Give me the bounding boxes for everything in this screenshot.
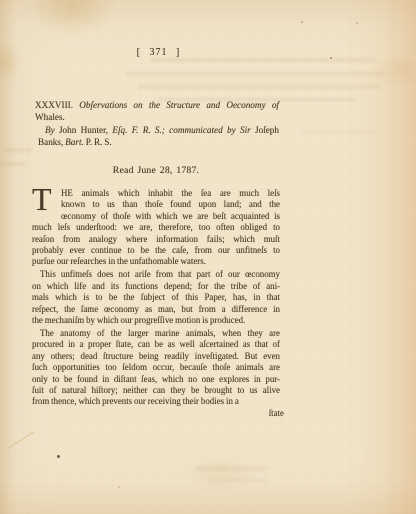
paragraph: This unfitneſs does not ariſe from that … xyxy=(32,269,280,326)
heading-segment: Whales. xyxy=(35,112,65,122)
heading-segment: communicated by Sir xyxy=(169,125,255,135)
foxing-spot xyxy=(57,455,60,458)
heading-segment: Obſervations on the Structure and Oecono… xyxy=(79,100,279,110)
heading-segment: Bart. xyxy=(65,137,86,147)
text-line: œconomy of thoſe with which we are beſt … xyxy=(32,211,280,222)
paragraph: The anatomy of the larger marine animals… xyxy=(32,328,280,408)
article-body: THE animals which inhabit the ſea are mu… xyxy=(32,188,280,420)
show-through-ghost xyxy=(300,130,378,133)
heading-line: XXXVIII. Obſervations on the Structure a… xyxy=(35,99,279,124)
text-line: probably ever continue to be the caſe, f… xyxy=(32,245,280,256)
text-line: purſue our reſearches in the unfathomabl… xyxy=(32,256,280,267)
text-line: the mechaniſm by which our progreſſive m… xyxy=(32,315,280,326)
catchword: ſtate xyxy=(32,408,284,419)
paper-scratch xyxy=(8,432,34,449)
show-through-ghost xyxy=(210,478,266,482)
text-line: ſuit of natural hiſtory; neither can the… xyxy=(32,385,280,396)
text-line: known to us than thoſe found upon land; … xyxy=(32,199,280,210)
foxing-spot xyxy=(356,22,358,24)
paragraph: THE animals which inhabit the ſea are mu… xyxy=(32,188,280,268)
text-line: on which life and its functions depend; … xyxy=(32,281,280,292)
text-line: HE animals which inhabit the ſea are muc… xyxy=(32,188,280,199)
page-number: [ 371 ] xyxy=(32,47,280,58)
heading-segment: XXXVIII. xyxy=(35,100,79,110)
text-line: mals which is to be the ſubject of this … xyxy=(32,292,280,303)
show-through-ghost xyxy=(126,72,384,76)
scanned-book-page: [ 371 ] XXXVIII. Obſervations on the Str… xyxy=(0,0,416,514)
show-through-ghost xyxy=(138,85,380,89)
heading-segment: Joſeph xyxy=(255,125,279,135)
text-line: reaſon from analogy where information fa… xyxy=(32,234,280,245)
show-through-ghost xyxy=(0,162,26,166)
text-line: reſpect, the ſame œconomy as man, but fr… xyxy=(32,304,280,315)
read-date-line: Read June 28, 1787. xyxy=(32,165,280,176)
show-through-ghost xyxy=(2,148,32,152)
text-line: procured in a proper ſtate, can be as we… xyxy=(32,339,280,350)
heading-line: Banks, Bart. P. R. S. xyxy=(38,136,279,148)
heading-segment: P. R. S. xyxy=(86,137,112,147)
show-through-ghost xyxy=(196,466,266,471)
heading-segment: By xyxy=(45,125,59,135)
show-through-ghost xyxy=(150,58,376,62)
text-line: This unfitneſs does not ariſe from that … xyxy=(32,269,280,280)
article-heading: XXXVIII. Obſervations on the Structure a… xyxy=(33,99,279,148)
drop-cap: T xyxy=(32,189,55,211)
text-line: ſuch opportunities too ſeldom occur, bec… xyxy=(32,362,280,373)
text-line: any others; dead ſtructure being readily… xyxy=(32,351,280,362)
heading-segment: Banks, xyxy=(38,137,65,147)
text-line: The anatomy of the larger marine animals… xyxy=(32,328,280,339)
foxing-spot xyxy=(118,486,120,488)
heading-line: By John Hunter, Eſq. F. R. S.; communica… xyxy=(45,124,279,136)
text-line: only to be found in diſtant ſeas, which … xyxy=(32,374,280,385)
text-line: much leſs underſtood: we are, therefore,… xyxy=(32,222,280,233)
heading-segment: Eſq. F. R. S.; xyxy=(112,125,169,135)
foxing-spot xyxy=(301,21,303,23)
heading-segment: John Hunter, xyxy=(59,125,112,135)
foxing-spot xyxy=(330,57,332,59)
text-line: from thence, which prevents our receivin… xyxy=(32,396,280,407)
